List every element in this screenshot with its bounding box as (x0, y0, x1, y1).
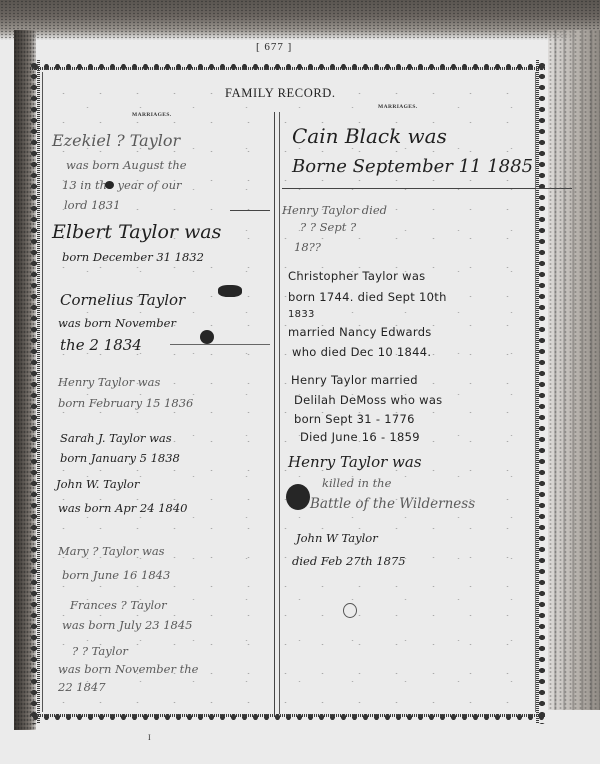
entry-line: who died Dec 10 1844. (292, 347, 431, 359)
entry-line: 22 1847 (58, 682, 106, 694)
entry-line: Battle of the Wilderness (310, 498, 475, 512)
ruled-line (230, 210, 270, 211)
entry-line: John W. Taylor (56, 479, 139, 491)
circle-mark (343, 603, 357, 618)
footer-mark: I (148, 733, 151, 742)
entry-line: born Sept 31 - 1776 (294, 414, 415, 426)
ornament-right (536, 60, 546, 724)
entry-line: 1833 (288, 310, 315, 320)
entry-line: Christopher Taylor was (288, 271, 425, 283)
entry-line: Henry Taylor married (291, 375, 418, 387)
entry-line: was born July 23 1845 (62, 620, 193, 632)
entry-line: 18?? (294, 242, 321, 254)
entry-line: died Feb 27th 1875 (292, 556, 406, 568)
entry-line: born December 31 1832 (62, 252, 204, 264)
entry-line: born 1744. died Sept 10th (288, 292, 447, 304)
entry-line: was born Apr 24 1840 (58, 503, 187, 515)
entry-line: ? ? Sept ? (300, 222, 356, 234)
entry-line: the 2 1834 (60, 338, 142, 353)
book-page-edges (548, 30, 600, 710)
ruled-line (282, 188, 572, 189)
entry-line: was born November the (58, 664, 198, 676)
entry-line: ? ? Taylor (72, 646, 128, 658)
entry-line: Henry Taylor was (58, 377, 160, 389)
ruled-line (170, 344, 270, 345)
entry-line: Elbert Taylor was (52, 223, 221, 242)
entry-line: killed in the (322, 478, 391, 490)
entry-line: Henry Taylor died (282, 205, 387, 217)
entry-line: born June 16 1843 (62, 570, 170, 582)
entry-line: Cornelius Taylor (60, 293, 185, 308)
entry-line: was born August the (66, 160, 187, 172)
ornament-left (30, 60, 40, 724)
entry-line: Borne September 11 1885 (292, 158, 533, 176)
entry-line: Frances ? Taylor (70, 600, 167, 612)
entry-line: Delilah DeMoss who was (294, 395, 442, 407)
entry-line: Died June 16 - 1859 (300, 432, 420, 444)
left-column-heading: MARRIAGES. (132, 112, 172, 118)
right-column-heading: MARRIAGES. (378, 104, 418, 110)
page-number: [ 677 ] (256, 41, 292, 53)
entry-line: Ezekiel ? Taylor (52, 133, 180, 149)
ornament-bottom (30, 714, 546, 724)
entry-line: born January 5 1838 (60, 453, 180, 465)
ornament-top (30, 60, 546, 70)
entry-line: born February 15 1836 (58, 398, 193, 410)
entry-line: Cain Black was (292, 126, 447, 146)
entry-line: was born November (58, 318, 176, 330)
page-title: FAMILY RECORD. (225, 86, 336, 101)
entry-line: Mary ? Taylor was (58, 546, 165, 558)
scan-shadow-top (0, 0, 600, 40)
ink-blot (218, 285, 242, 297)
ink-blot (105, 181, 114, 189)
entry-line: 13 in the year of our (62, 180, 182, 192)
entry-line: Sarah J. Taylor was (60, 433, 172, 445)
entry-line: John W Taylor (296, 533, 378, 545)
column-divider (274, 112, 280, 714)
entry-line: married Nancy Edwards (288, 327, 432, 339)
entry-line: lord 1831 (64, 200, 120, 212)
entry-line: Henry Taylor was (288, 455, 422, 470)
ink-blot (286, 484, 310, 510)
ink-blot (200, 330, 214, 344)
